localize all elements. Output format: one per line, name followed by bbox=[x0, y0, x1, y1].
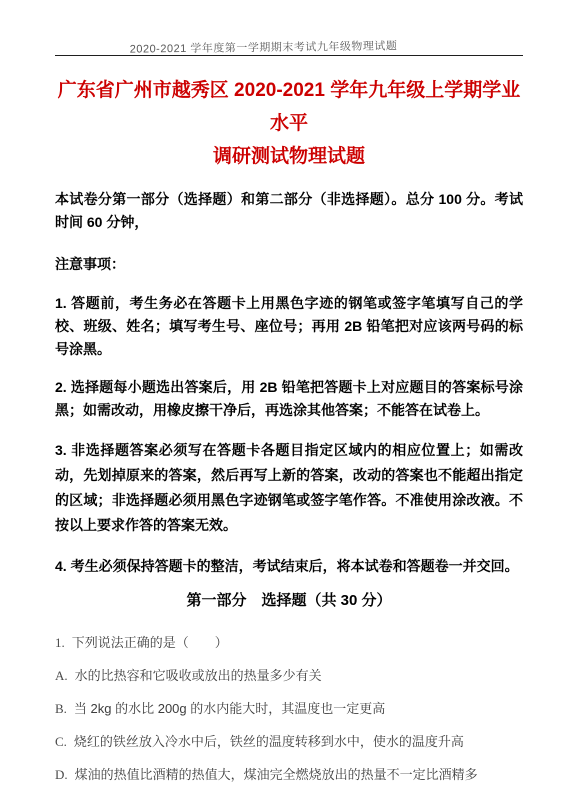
notice-item-2: 2. 选择题每小题选出答案后，用 2B 铅笔把答题卡上对应题目的答案标号涂黑；如… bbox=[55, 376, 523, 422]
option-a-label: A. bbox=[55, 668, 68, 683]
document-content: 广东省广州市越秀区 2020-2021 学年九年级上学期学业水平 调研测试物理试… bbox=[55, 0, 523, 783]
exam-intro-paragraph: 本试卷分第一部分（选择题）和第二部分（非选择题）。总分 100 分。考试时间 6… bbox=[55, 188, 523, 234]
notice-item-1: 1. 答题前，考生务必在答题卡上用黑色字迹的钢笔或签字笔填写自己的学校、班级、姓… bbox=[55, 292, 523, 361]
document-title: 广东省广州市越秀区 2020-2021 学年九年级上学期学业水平 调研测试物理试… bbox=[55, 74, 523, 173]
question-1-number: 1. bbox=[55, 635, 65, 650]
question-1: 1.下列说法正确的是（ ） bbox=[55, 635, 523, 651]
section-heading: 第一部分 选择题（共 30 分） bbox=[55, 592, 523, 610]
question-1-text: 下列说法正确的是（ ） bbox=[72, 635, 228, 650]
option-d-label: D. bbox=[55, 767, 68, 782]
question-1-option-c: C.烧红的铁丝放入冷水中后，铁丝的温度转移到水中，使水的温度升高 bbox=[55, 734, 523, 750]
document-page: 2020-2021 学年度第一学期期末考试九年级物理试题 广东省广州市越秀区 2… bbox=[0, 0, 573, 810]
question-1-option-b: B.当 2kg 的水比 200g 的水内能大时，其温度也一定更高 bbox=[55, 701, 523, 717]
notice-item-4: 4. 考生必须保持答题卡的整洁，考试结束后，将本试卷和答题卷一并交回。 bbox=[55, 555, 523, 578]
document-title-line2: 调研测试物理试题 bbox=[55, 140, 523, 173]
option-b-label: B. bbox=[55, 701, 67, 716]
question-1-option-a: A.水的比热容和它吸收或放出的热量多少有关 bbox=[55, 668, 523, 684]
option-d-text: 煤油的热值比酒精的热值大，煤油完全燃烧放出的热量不一定比酒精多 bbox=[75, 767, 478, 782]
question-1-option-d: D.煤油的热值比酒精的热值大，煤油完全燃烧放出的热量不一定比酒精多 bbox=[55, 767, 523, 783]
option-b-text: 当 2kg 的水比 200g 的水内能大时，其温度也一定更高 bbox=[74, 701, 385, 716]
document-title-line1: 广东省广州市越秀区 2020-2021 学年九年级上学期学业水平 bbox=[55, 74, 523, 140]
notice-item-3: 3. 非选择题答案必须写在答题卡各题目指定区域内的相应位置上；如需改动，先划掉原… bbox=[55, 438, 523, 538]
notice-heading: 注意事项： bbox=[55, 253, 523, 276]
option-a-text: 水的比热容和它吸收或放出的热量多少有关 bbox=[75, 668, 322, 683]
option-c-text: 烧红的铁丝放入冷水中后，铁丝的温度转移到水中，使水的温度升高 bbox=[74, 734, 464, 749]
option-c-label: C. bbox=[55, 734, 67, 749]
